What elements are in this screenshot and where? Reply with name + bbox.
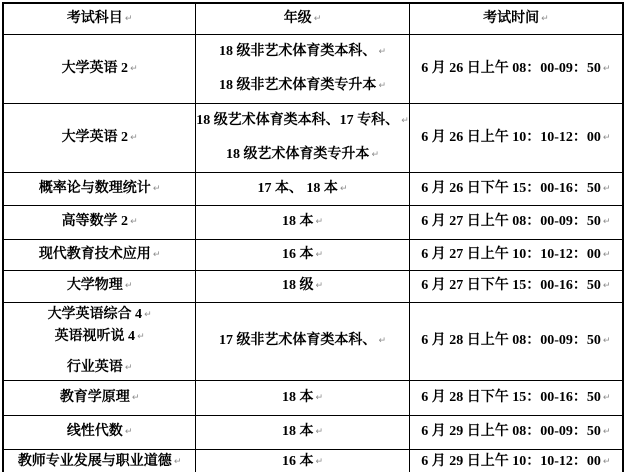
- paragraph-mark-icon: ↵: [315, 250, 323, 260]
- paragraph-mark-icon: ↵: [603, 457, 611, 467]
- cell-text: 6 月 26 日上午 10：10-12：00: [421, 130, 601, 145]
- table-row: 高等数学 2↵ 18 本↵ 6 月 27 日上午 08：00-09：50↵: [3, 205, 623, 239]
- time-cell: 6 月 27 日上午 08：00-09：50↵: [409, 205, 623, 239]
- grade-cell: 18 级↵: [196, 270, 410, 302]
- exam-schedule-table: 考试科目↵ 年级↵ 考试时间↵ 大学英语 2↵ 18 级非艺术体育类本科、↵ 1…: [2, 2, 624, 472]
- paragraph-mark-icon: ↵: [137, 332, 145, 342]
- table-row: 教育学原理↵ 18 本↵ 6 月 28 日下午 15：00-16：50↵: [3, 380, 623, 415]
- paragraph-mark-icon: ↵: [174, 457, 182, 467]
- paragraph-mark-icon: ↵: [603, 184, 611, 194]
- subject-cell: 线性代数↵: [3, 415, 196, 449]
- subject-cell: 大学英语 2↵: [3, 103, 196, 172]
- cell-text: 18 本: [282, 390, 314, 405]
- cell-text: 6 月 26 日下午 15：00-16：50: [421, 181, 601, 196]
- paragraph-mark-icon: ↵: [315, 393, 323, 403]
- paragraph-mark-icon: ↵: [603, 427, 611, 437]
- cell-text: 6 月 27 日上午 10：10-12：00: [421, 247, 601, 262]
- cell-text: 大学英语 2: [62, 61, 129, 76]
- paragraph-mark-icon: ↵: [315, 217, 323, 227]
- subject-cell: 大学物理↵: [3, 270, 196, 302]
- paragraph-mark-icon: ↵: [603, 393, 611, 403]
- grade-cell: 18 级非艺术体育类本科、↵ 18 级非艺术体育类专升本↵: [196, 34, 410, 103]
- table-row: 大学英语综合 4↵ 英语视听说 4↵ 行业英语↵ 17 级非艺术体育类本科、↵ …: [3, 302, 623, 380]
- cell-text: 大学物理: [67, 278, 123, 293]
- paragraph-mark-icon: ↵: [340, 184, 348, 194]
- paragraph-mark-icon: ↵: [314, 14, 322, 24]
- grade-cell: 17 本、 18 本↵: [196, 172, 410, 205]
- paragraph-mark-icon: ↵: [125, 14, 133, 24]
- paragraph-mark-icon: ↵: [378, 47, 386, 57]
- cell-text: 18 级非艺术体育类专升本: [219, 78, 377, 93]
- paragraph-mark-icon: ↵: [315, 281, 323, 291]
- paragraph-mark-icon: ↵: [125, 281, 133, 291]
- cell-text: 6 月 27 日上午 08：00-09：50: [421, 214, 601, 229]
- cell-text: 大学英语 2: [62, 130, 129, 145]
- cell-text: 16 本: [282, 247, 314, 262]
- table-row: 教师专业发展与职业道德↵ 16 本↵ 6 月 29 日上午 10：10-12：0…: [3, 449, 623, 472]
- paragraph-mark-icon: ↵: [603, 250, 611, 260]
- paragraph-mark-icon: ↵: [603, 133, 611, 143]
- paragraph-mark-icon: ↵: [378, 336, 386, 346]
- paragraph-mark-icon: ↵: [130, 217, 138, 227]
- cell-text: 英语视听说 4: [55, 329, 136, 344]
- cell-text: 行业英语: [67, 360, 123, 375]
- time-cell: 6 月 26 日下午 15：00-16：50↵: [409, 172, 623, 205]
- paragraph-mark-icon: ↵: [153, 184, 161, 194]
- grade-cell: 18 本↵: [196, 380, 410, 415]
- time-cell: 6 月 26 日上午 08：00-09：50↵: [409, 34, 623, 103]
- cell-text: 教师专业发展与职业道德: [18, 454, 172, 469]
- grade-cell: 18 本↵: [196, 415, 410, 449]
- subject-cell: 概率论与数理统计↵: [3, 172, 196, 205]
- cell-text: 18 级: [282, 278, 314, 293]
- cell-text: 18 级艺术体育类专升本: [226, 147, 370, 162]
- paragraph-mark-icon: ↵: [371, 150, 379, 160]
- paragraph-mark-icon: ↵: [378, 81, 386, 91]
- grade-cell: 16 本↵: [196, 239, 410, 270]
- cell-text: 18 本: [282, 214, 314, 229]
- document-page: 考试科目↵ 年级↵ 考试时间↵ 大学英语 2↵ 18 级非艺术体育类本科、↵ 1…: [0, 0, 624, 472]
- paragraph-mark-icon: ↵: [144, 310, 152, 320]
- table-row: 现代教育技术应用↵ 16 本↵ 6 月 27 日上午 10：10-12：00↵: [3, 239, 623, 270]
- paragraph-mark-icon: ↵: [315, 427, 323, 437]
- paragraph-mark-icon: ↵: [130, 133, 138, 143]
- table-row: 大学物理↵ 18 级↵ 6 月 27 日下午 15：00-16：50↵: [3, 270, 623, 302]
- subject-cell: 现代教育技术应用↵: [3, 239, 196, 270]
- table-row: 大学英语 2↵ 18 级非艺术体育类本科、↵ 18 级非艺术体育类专升本↵ 6 …: [3, 34, 623, 103]
- header-text: 年级: [284, 11, 312, 26]
- cell-text: 教育学原理: [60, 390, 130, 405]
- paragraph-mark-icon: ↵: [541, 14, 549, 24]
- paragraph-mark-icon: ↵: [125, 363, 133, 373]
- grade-cell: 18 本↵: [196, 205, 410, 239]
- header-cell-grade: 年级↵: [196, 3, 410, 34]
- subject-cell: 高等数学 2↵: [3, 205, 196, 239]
- cell-text: 16 本: [282, 454, 314, 469]
- subject-cell: 教师专业发展与职业道德↵: [3, 449, 196, 472]
- cell-text: 6 月 28 日下午 15：00-16：50: [421, 390, 601, 405]
- cell-text: 6 月 29 日上午 08：00-09：50: [421, 424, 601, 439]
- cell-text: 大学英语综合 4: [48, 307, 143, 322]
- paragraph-mark-icon: ↵: [153, 250, 161, 260]
- cell-text: 6 月 27 日下午 15：00-16：50: [421, 278, 601, 293]
- paragraph-mark-icon: ↵: [132, 393, 140, 403]
- time-cell: 6 月 26 日上午 10：10-12：00↵: [409, 103, 623, 172]
- header-cell-subject: 考试科目↵: [3, 3, 196, 34]
- cell-text: 6 月 26 日上午 08：00-09：50: [421, 61, 601, 76]
- grade-cell: 18 级艺术体育类本科、17 专科、↵ 18 级艺术体育类专升本↵: [196, 103, 410, 172]
- cell-text: 17 本、 18 本: [257, 181, 338, 196]
- cell-text: 18 本: [282, 424, 314, 439]
- paragraph-mark-icon: ↵: [125, 427, 133, 437]
- table-row: 线性代数↵ 18 本↵ 6 月 29 日上午 08：00-09：50↵: [3, 415, 623, 449]
- cell-text: 6 月 29 日上午 10：10-12：00: [421, 454, 601, 469]
- paragraph-mark-icon: ↵: [603, 217, 611, 227]
- cell-text: 18 级非艺术体育类本科、: [219, 44, 377, 59]
- subject-cell: 教育学原理↵: [3, 380, 196, 415]
- time-cell: 6 月 29 日上午 08：00-09：50↵: [409, 415, 623, 449]
- cell-text: 线性代数: [67, 424, 123, 439]
- paragraph-mark-icon: ↵: [603, 64, 611, 74]
- grade-cell: 17 级非艺术体育类本科、↵: [196, 302, 410, 380]
- time-cell: 6 月 29 日上午 10：10-12：00↵: [409, 449, 623, 472]
- paragraph-mark-icon: ↵: [603, 336, 611, 346]
- paragraph-mark-icon: ↵: [315, 457, 323, 467]
- cell-text: 18 级艺术体育类本科、17 专科、: [196, 113, 399, 128]
- paragraph-mark-icon: ↵: [603, 281, 611, 291]
- grade-cell: 16 本↵: [196, 449, 410, 472]
- cell-text: 高等数学 2: [62, 214, 129, 229]
- time-cell: 6 月 27 日下午 15：00-16：50↵: [409, 270, 623, 302]
- cell-text: 概率论与数理统计: [39, 181, 151, 196]
- subject-cell: 大学英语综合 4↵ 英语视听说 4↵ 行业英语↵: [3, 302, 196, 380]
- cell-text: 6 月 28 日上午 08：00-09：50: [421, 333, 601, 348]
- cell-text: 现代教育技术应用: [39, 247, 151, 262]
- paragraph-mark-icon: ↵: [130, 64, 138, 74]
- header-text: 考试科目: [67, 11, 123, 26]
- time-cell: 6 月 28 日下午 15：00-16：50↵: [409, 380, 623, 415]
- header-cell-time: 考试时间↵: [409, 3, 623, 34]
- paragraph-mark-icon: ↵: [401, 116, 409, 126]
- time-cell: 6 月 27 日上午 10：10-12：00↵: [409, 239, 623, 270]
- table-row: 概率论与数理统计↵ 17 本、 18 本↵ 6 月 26 日下午 15：00-1…: [3, 172, 623, 205]
- subject-cell: 大学英语 2↵: [3, 34, 196, 103]
- header-text: 考试时间: [483, 11, 539, 26]
- time-cell: 6 月 28 日上午 08：00-09：50↵: [409, 302, 623, 380]
- cell-text: 17 级非艺术体育类本科、: [219, 333, 377, 348]
- table-row: 大学英语 2↵ 18 级艺术体育类本科、17 专科、↵ 18 级艺术体育类专升本…: [3, 103, 623, 172]
- header-row: 考试科目↵ 年级↵ 考试时间↵: [3, 3, 623, 34]
